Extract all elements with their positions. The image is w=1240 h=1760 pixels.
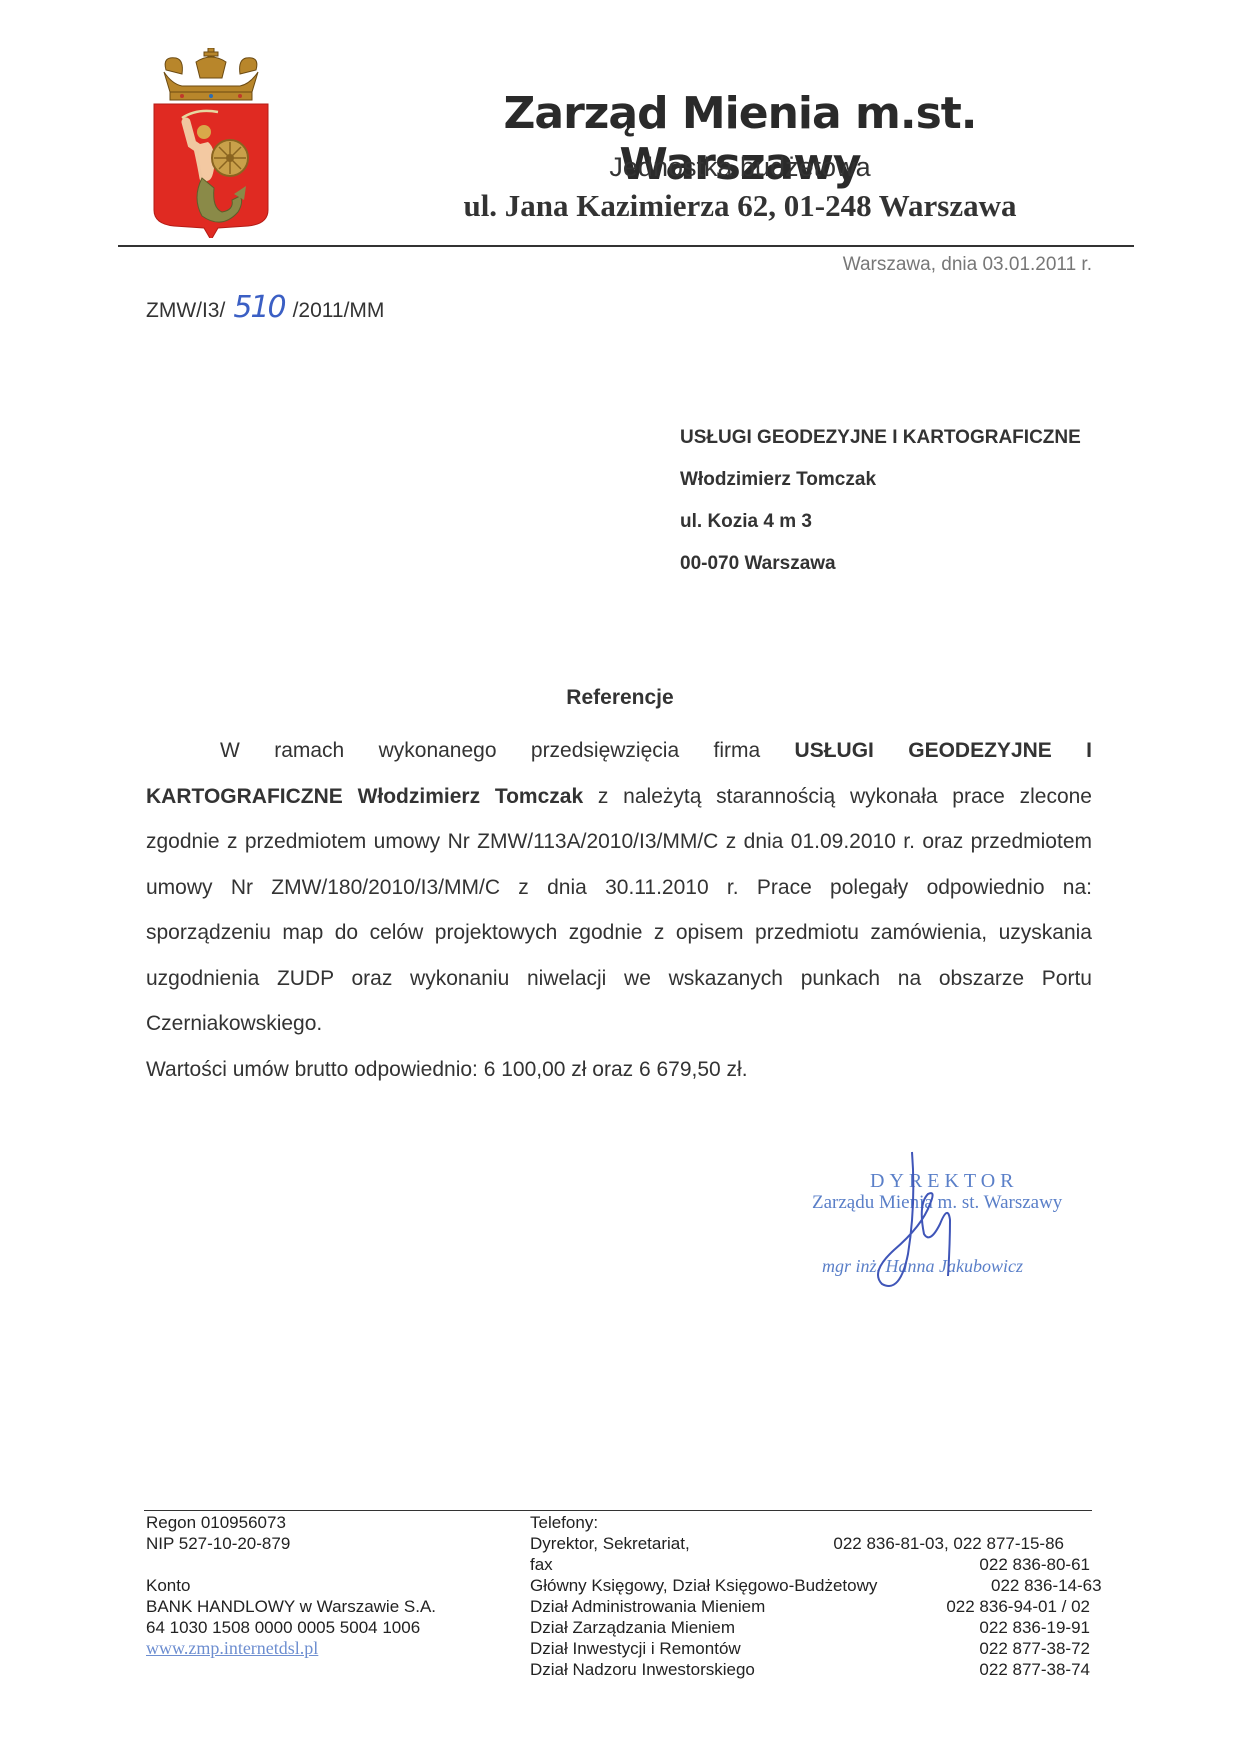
warsaw-coat-of-arms-icon: [152, 48, 270, 238]
body-name-bold: Włodzimierz Tomczak: [358, 785, 584, 808]
phone-label: Dział Nadzoru Inwestorskiego: [530, 1659, 848, 1680]
phone-row: Dział Nadzoru Inwestorskiego022 877-38-7…: [530, 1659, 1090, 1680]
phone-number: 022 836-81-03, 022 877-15-86: [760, 1533, 1090, 1554]
recipient-company: USŁUGI GEODEZYJNE I KARTOGRAFICZNE: [680, 426, 1081, 468]
body-text-segment: W ramach wykonanego przedsięwzięcia firm…: [220, 739, 795, 762]
phone-label: Dział Zarządzania Mieniem: [530, 1617, 848, 1638]
reference-prefix: ZMW/I3/: [146, 299, 225, 323]
phone-label: Dyrektor, Sekretariat,: [530, 1533, 760, 1554]
letter-date: Warszawa, dnia 03.01.2011 r.: [843, 254, 1092, 276]
phone-row: Dział Zarządzania Mieniem022 836-19-91: [530, 1617, 1090, 1638]
footer-account-label: Konto: [146, 1575, 436, 1596]
phone-number: 022 877-38-72: [848, 1638, 1090, 1659]
phone-row: Dyrektor, Sekretariat,022 836-81-03, 022…: [530, 1533, 1090, 1554]
footer-website-link[interactable]: www.zmp.internetdsl.pl: [146, 1638, 436, 1659]
handwritten-signature-icon: [800, 1144, 1090, 1304]
phone-label: fax: [530, 1554, 848, 1575]
letter-body: W ramach wykonanego przedsięwzięcia firm…: [146, 728, 1092, 1092]
organization-type: Jednostka budżetowa: [380, 152, 1100, 183]
body-text-segment: z należytą starannością wykonała prace z…: [146, 785, 1092, 1036]
header-divider: [118, 245, 1134, 247]
phone-row: fax022 836-80-61: [530, 1554, 1090, 1575]
phone-row: Dział Administrowania Mieniem022 836-94-…: [530, 1596, 1090, 1617]
phone-row: Dział Inwestycji i Remontów022 877-38-72: [530, 1638, 1090, 1659]
phone-label: Główny Księgowy, Dział Księgowo-Budżetow…: [530, 1575, 860, 1596]
phone-number: 022 836-14-63: [860, 1575, 1102, 1596]
footer-divider: [144, 1510, 1092, 1511]
footer-phones: Telefony: Dyrektor, Sekretariat,022 836-…: [530, 1512, 1090, 1680]
footer-company-info: Regon 010956073 NIP 527-10-20-879 Konto …: [146, 1512, 436, 1659]
reference-handwritten: 510: [233, 290, 284, 325]
phone-number: 022 836-94-01 / 02: [815, 1596, 1090, 1617]
body-paragraph-1: W ramach wykonanego przedsięwzięcia firm…: [146, 728, 1092, 1047]
recipient-name: Włodzimierz Tomczak: [680, 468, 1081, 510]
phone-label: Dział Administrowania Mieniem: [530, 1596, 815, 1617]
phone-number: 022 836-80-61: [848, 1554, 1090, 1575]
phone-number: 022 877-38-74: [848, 1659, 1090, 1680]
letter-title: Referencje: [0, 686, 1240, 710]
phone-number: 022 836-19-91: [848, 1617, 1090, 1638]
reference-suffix: /2011/MM: [293, 299, 385, 323]
signature-stamp: DYREKTOR Zarządu Mienia m. st. Warszawy …: [800, 1160, 1090, 1290]
reference-number: ZMW/I3/ 510 /2011/MM: [146, 290, 384, 325]
recipient-street: ul. Kozia 4 m 3: [680, 510, 1081, 552]
organization-address: ul. Jana Kazimierza 62, 01-248 Warszawa: [360, 188, 1120, 224]
phone-row: Główny Księgowy, Dział Księgowo-Budżetow…: [530, 1575, 1090, 1596]
recipient-city: 00-070 Warszawa: [680, 552, 1081, 594]
phones-label: Telefony:: [530, 1512, 1090, 1533]
footer-bank: BANK HANDLOWY w Warszawie S.A.: [146, 1596, 436, 1617]
body-paragraph-2: Wartości umów brutto odpowiednio: 6 100,…: [146, 1047, 1092, 1093]
recipient-block: USŁUGI GEODEZYJNE I KARTOGRAFICZNE Włodz…: [680, 426, 1081, 594]
footer-regon: Regon 010956073: [146, 1512, 436, 1533]
footer-nip: NIP 527-10-20-879: [146, 1533, 436, 1554]
footer-account-number: 64 1030 1508 0000 0005 5004 1006: [146, 1617, 436, 1638]
phone-label: Dział Inwestycji i Remontów: [530, 1638, 848, 1659]
